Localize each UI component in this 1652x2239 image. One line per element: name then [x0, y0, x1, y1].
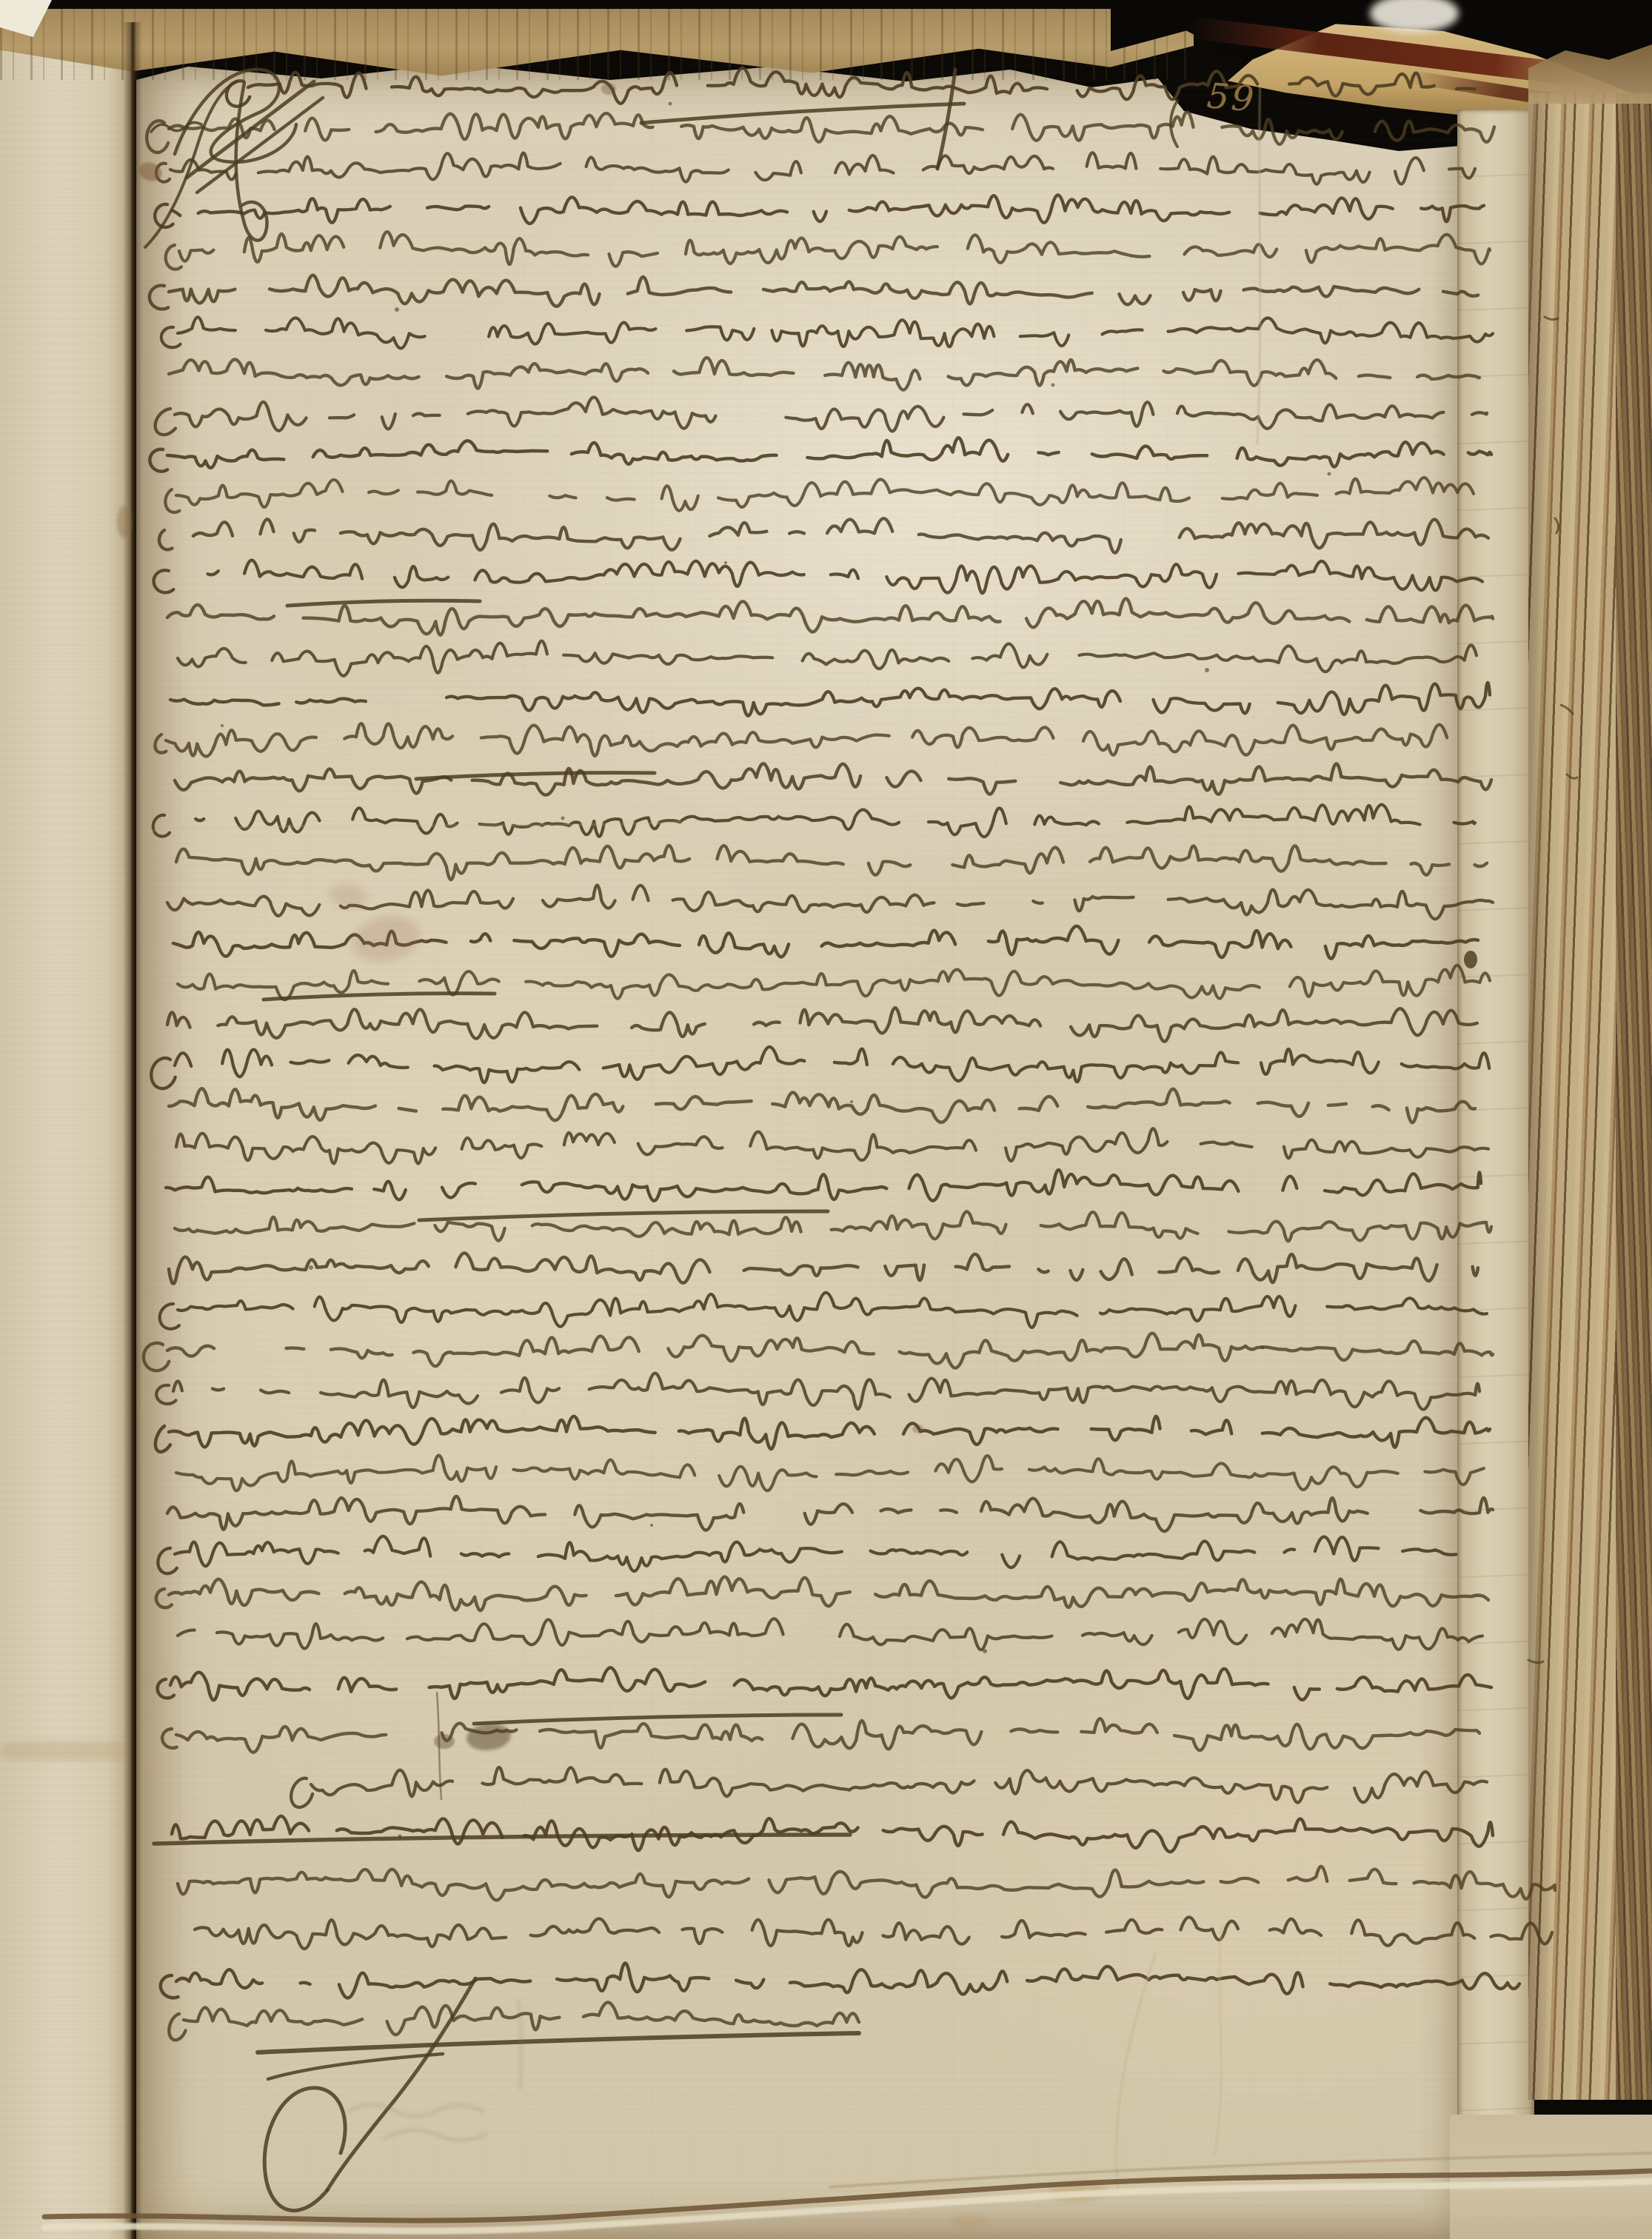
manuscript-photo: 59	[0, 0, 1652, 2239]
bottom-right-paper	[1450, 2115, 1652, 2239]
book-gutter-fold	[123, 22, 142, 2239]
left-facing-page	[0, 25, 133, 2239]
adjacent-leaf-creases	[1457, 110, 1534, 2168]
top-edge-specks	[0, 9, 1194, 80]
page-texture	[136, 58, 1469, 2239]
page-edge-stack-dark-band	[1616, 93, 1652, 2100]
paper-laid-texture	[0, 25, 133, 2239]
facing-page-stain	[0, 1741, 127, 1761]
